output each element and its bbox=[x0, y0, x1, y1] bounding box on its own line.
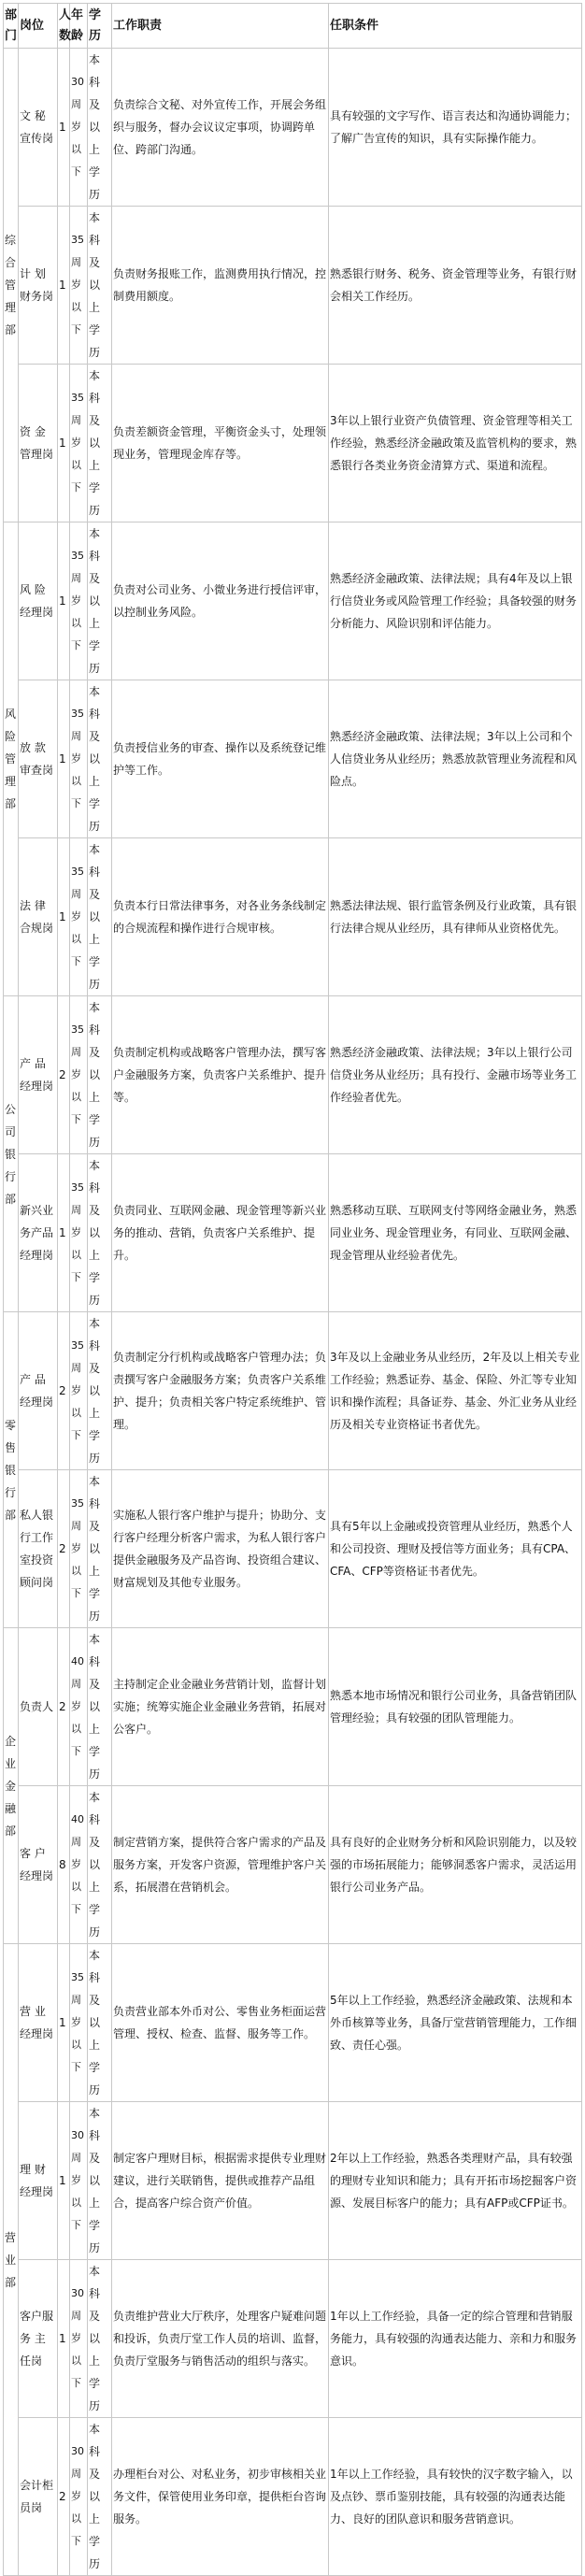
header-age: 年龄 bbox=[70, 4, 88, 49]
age-cell: 35周岁以下 bbox=[70, 1312, 88, 1470]
headcount-cell: 8 bbox=[58, 1786, 70, 1864]
duties-cell: 负责同业、互联网金融、现金管理等新兴业务的推动、营销，负责客户关系维护、提升。 bbox=[112, 1154, 329, 1312]
position-cell: 放 款审查岗 bbox=[19, 680, 58, 838]
headcount-cell: 1 bbox=[58, 207, 70, 365]
table-row: 零售银行部产 品经理岗235周岁以下本科及以上学历负责制定分行机构或战略客户管理… bbox=[4, 1312, 582, 1470]
department-cell: 企业金融部 bbox=[4, 1628, 19, 1864]
requirements-cell: 熟悉经济金融政策、法律法规；具有4年及以上银行信贷业务或风险管理工作经验；具备较… bbox=[329, 522, 582, 680]
headcount-cell: 1 bbox=[58, 680, 70, 838]
duties-cell: 负责财务报账工作，监测费用执行情况，控制费用额度。 bbox=[112, 207, 329, 365]
position-cell: 产 品经理岗 bbox=[19, 1312, 58, 1470]
age-cell: 35周岁以下 bbox=[70, 207, 88, 365]
position-cell: 法 律合规岗 bbox=[19, 838, 58, 996]
age-cell: 35周岁以下 bbox=[70, 365, 88, 522]
requirements-cell: 熟悉经济金融政策、法律法规；3年以上银行公司信贷业务从业经历；具有投行、金融市场… bbox=[329, 996, 582, 1154]
education-cell: 本科及以上学历 bbox=[88, 996, 112, 1154]
header-duties: 工作职责 bbox=[112, 4, 329, 49]
duties-cell: 负责授信业务的审查、操作以及系统登记维护等工作。 bbox=[112, 680, 329, 838]
duties-cell: 实施私人银行客户维护与提升；协助分、支行客户经理分析客户需求，为私人银行客户提供… bbox=[112, 1470, 329, 1628]
education-cell: 本科及以上学历 bbox=[88, 365, 112, 522]
table-row: 法 律合规岗135周岁以下本科及以上学历负责本行日常法律事务，对各业务条线制定的… bbox=[4, 838, 582, 996]
table-row: 公司银行部产 品经理岗235周岁以下本科及以上学历负责制定机构或战略客户管理办法… bbox=[4, 996, 582, 1154]
duties-cell: 制定营销方案，提供符合客户需求的产品及服务方案，开发客户资源，管理维护客户关系，… bbox=[112, 1786, 329, 1864]
table-row: 企业金融部负责人240周岁以下本科及以上学历主持制定企业金融业务营销计划，监督计… bbox=[4, 1628, 582, 1786]
age-cell: 35周岁以下 bbox=[70, 996, 88, 1154]
table-row: 私人银行工作室投资顾问岗235周岁以下本科及以上学历实施私人银行客户维护与提升；… bbox=[4, 1470, 582, 1628]
table-row: 资 金管理岗135周岁以下本科及以上学历负责差额资金管理，平衡资金头寸，处理领现… bbox=[4, 365, 582, 522]
education-cell: 本科及以上学历 bbox=[88, 1154, 112, 1312]
requirements-cell: 具有较强的文字写作、语言表达和沟通协调能力；了解广告宣传的知识，具有实际操作能力… bbox=[329, 49, 582, 207]
age-cell: 40周岁以下 bbox=[70, 1628, 88, 1786]
requirements-cell: 3年以上银行业资产负债管理、资金管理等相关工作经验，熟悉经济金融政策及监管机构的… bbox=[329, 365, 582, 522]
duties-cell: 负责本行日常法律事务，对各业务条线制定的合规流程和操作进行合规审核。 bbox=[112, 838, 329, 996]
education-cell: 本科及以上学历 bbox=[88, 1786, 112, 1864]
position-cell: 私人银行工作室投资顾问岗 bbox=[19, 1470, 58, 1628]
education-cell: 本科及以上学历 bbox=[88, 1312, 112, 1470]
headcount-cell: 2 bbox=[58, 996, 70, 1154]
education-cell: 本科及以上学历 bbox=[88, 207, 112, 365]
age-cell: 40周岁以下 bbox=[70, 1786, 88, 1864]
position-cell: 客 户经理岗 bbox=[19, 1786, 58, 1864]
recruitment-table-container: 部门 岗位 人数 年龄 学历 工作职责 任职条件 综合管理部文 秘宣传岗130周… bbox=[3, 3, 582, 1863]
headcount-cell: 1 bbox=[58, 49, 70, 207]
age-cell: 30周岁以下 bbox=[70, 49, 88, 207]
requirements-cell: 具有5年以上金融或投资管理从业经历，熟悉个人和公司投资、理财及授信等方面业务；具… bbox=[329, 1470, 582, 1628]
table-row: 新兴业务产品经理岗135周岁以下本科及以上学历负责同业、互联网金融、现金管理等新… bbox=[4, 1154, 582, 1312]
header-requirements: 任职条件 bbox=[329, 4, 582, 49]
header-position: 岗位 bbox=[19, 4, 58, 49]
duties-cell: 负责制定机构或战略客户管理办法，撰写客户金融服务方案，负责客户关系维护、提升等。 bbox=[112, 996, 329, 1154]
position-cell: 风 险经理岗 bbox=[19, 522, 58, 680]
education-cell: 本科及以上学历 bbox=[88, 49, 112, 207]
education-cell: 本科及以上学历 bbox=[88, 680, 112, 838]
position-cell: 新兴业务产品经理岗 bbox=[19, 1154, 58, 1312]
headcount-cell: 1 bbox=[58, 1154, 70, 1312]
education-cell: 本科及以上学历 bbox=[88, 1470, 112, 1628]
duties-cell: 负责制定分行机构或战略客户管理办法；负责撰写客户金融服务方案；负责客户关系维护、… bbox=[112, 1312, 329, 1470]
position-cell: 产 品经理岗 bbox=[19, 996, 58, 1154]
department-cell: 公司银行部 bbox=[4, 996, 19, 1312]
duties-cell: 负责综合文秘、对外宣传工作，开展会务组织与服务，督办会议议定事项，协调跨单位、跨… bbox=[112, 49, 329, 207]
age-cell: 35周岁以下 bbox=[70, 1154, 88, 1312]
header-department: 部门 bbox=[4, 4, 19, 49]
age-cell: 35周岁以下 bbox=[70, 838, 88, 996]
requirements-cell: 熟悉本地市场情况和银行公司业务，具备营销团队管理经验；具有较强的团队管理能力。 bbox=[329, 1628, 582, 1786]
requirements-cell: 熟悉银行财务、税务、资金管理等业务，有银行财会相关工作经历。 bbox=[329, 207, 582, 365]
age-cell: 35周岁以下 bbox=[70, 680, 88, 838]
headcount-cell: 1 bbox=[58, 838, 70, 996]
header-education: 学历 bbox=[88, 4, 112, 49]
table-row: 风险管理部风 险经理岗135周岁以下本科及以上学历负责对公司业务、小微业务进行授… bbox=[4, 522, 582, 680]
position-cell: 负责人 bbox=[19, 1628, 58, 1786]
requirements-cell: 熟悉移动互联、互联网支付等网络金融业务，熟悉同业业务、现金管理业务，有同业、互联… bbox=[329, 1154, 582, 1312]
job-positions-table: 部门 岗位 人数 年龄 学历 工作职责 任职条件 综合管理部文 秘宣传岗130周… bbox=[3, 3, 582, 1863]
age-cell: 35周岁以下 bbox=[70, 522, 88, 680]
table-row: 客 户经理岗840周岁以下本科及以上学历制定营销方案，提供符合客户需求的产品及服… bbox=[4, 1786, 582, 1864]
education-cell: 本科及以上学历 bbox=[88, 522, 112, 680]
headcount-cell: 1 bbox=[58, 365, 70, 522]
duties-cell: 主持制定企业金融业务营销计划，监督计划实施；统筹实施企业金融业务营销，拓展对公客… bbox=[112, 1628, 329, 1786]
duties-cell: 负责对公司业务、小微业务进行授信评审，以控制业务风险。 bbox=[112, 522, 329, 680]
table-row: 计 划财务岗135周岁以下本科及以上学历负责财务报账工作，监测费用执行情况，控制… bbox=[4, 207, 582, 365]
age-cell: 35周岁以下 bbox=[70, 1470, 88, 1628]
education-cell: 本科及以上学历 bbox=[88, 1628, 112, 1786]
department-cell: 综合管理部 bbox=[4, 49, 19, 522]
header-headcount: 人数 bbox=[58, 4, 70, 49]
headcount-cell: 2 bbox=[58, 1470, 70, 1628]
position-cell: 计 划财务岗 bbox=[19, 207, 58, 365]
department-cell: 零售银行部 bbox=[4, 1312, 19, 1628]
requirements-cell: 熟悉经济金融政策、法律法规；3年以上公司和个人信贷业务从业经历；熟悉放款管理业务… bbox=[329, 680, 582, 838]
duties-cell: 负责差额资金管理，平衡资金头寸，处理领现业务，管理现金库存等。 bbox=[112, 365, 329, 522]
department-cell: 风险管理部 bbox=[4, 522, 19, 996]
education-cell: 本科及以上学历 bbox=[88, 838, 112, 996]
table-header-row: 部门 岗位 人数 年龄 学历 工作职责 任职条件 bbox=[4, 4, 582, 49]
requirements-cell: 具有良好的企业财务分析和风险识别能力，以及较强的市场拓展能力；能够洞悉客户需求，… bbox=[329, 1786, 582, 1864]
position-cell: 文 秘宣传岗 bbox=[19, 49, 58, 207]
headcount-cell: 2 bbox=[58, 1628, 70, 1786]
table-body: 综合管理部文 秘宣传岗130周岁以下本科及以上学历负责综合文秘、对外宣传工作，开… bbox=[4, 49, 582, 1864]
requirements-cell: 熟悉法律法规、银行监管条例及行业政策，具有银行法律合规从业经历，具有律师从业资格… bbox=[329, 838, 582, 996]
headcount-cell: 1 bbox=[58, 522, 70, 680]
requirements-cell: 3年及以上金融业务从业经历，2年及以上相关专业工作经验；熟悉证券、基金、保险、外… bbox=[329, 1312, 582, 1470]
headcount-cell: 2 bbox=[58, 1312, 70, 1470]
position-cell: 资 金管理岗 bbox=[19, 365, 58, 522]
table-row: 综合管理部文 秘宣传岗130周岁以下本科及以上学历负责综合文秘、对外宣传工作，开… bbox=[4, 49, 582, 207]
table-row: 放 款审查岗135周岁以下本科及以上学历负责授信业务的审查、操作以及系统登记维护… bbox=[4, 680, 582, 838]
